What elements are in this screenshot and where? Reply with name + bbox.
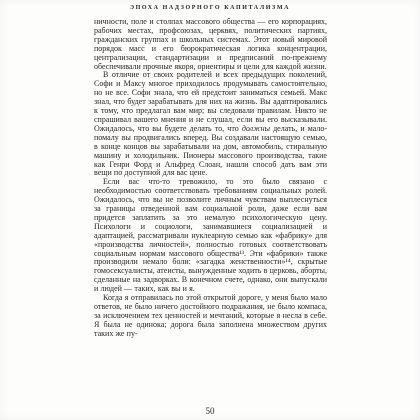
paragraph-run: ничности, поле и столпах массового общес… bbox=[94, 17, 327, 71]
scan-page: ЭПОХА НАДЗОРНОГО КАПИТАЛИЗМА ничности, п… bbox=[0, 0, 420, 420]
running-header: ЭПОХА НАДЗОРНОГО КАПИТАЛИЗМА bbox=[0, 5, 420, 11]
text-block: ничности, поле и столпах массового общес… bbox=[94, 18, 327, 339]
paragraph: Когда я отправилась по этой открытой дор… bbox=[94, 294, 327, 339]
paragraph: ничности, поле и столпах массового общес… bbox=[94, 18, 327, 71]
paragraph: В отличие от своих родителей и всех пред… bbox=[94, 71, 327, 178]
paragraph-run: Если вас что-то тревожило, то это было с… bbox=[94, 177, 327, 293]
paragraph-run: делать, и мало-помалу вы продвигались вп… bbox=[94, 124, 327, 178]
paragraph: Если вас что-то тревожило, то это было с… bbox=[94, 178, 327, 294]
paragraph-run: Когда я отправилась по этой открытой дор… bbox=[94, 293, 327, 338]
page-number: 50 bbox=[0, 406, 420, 416]
paragraph-run-italic: должны bbox=[242, 124, 270, 133]
